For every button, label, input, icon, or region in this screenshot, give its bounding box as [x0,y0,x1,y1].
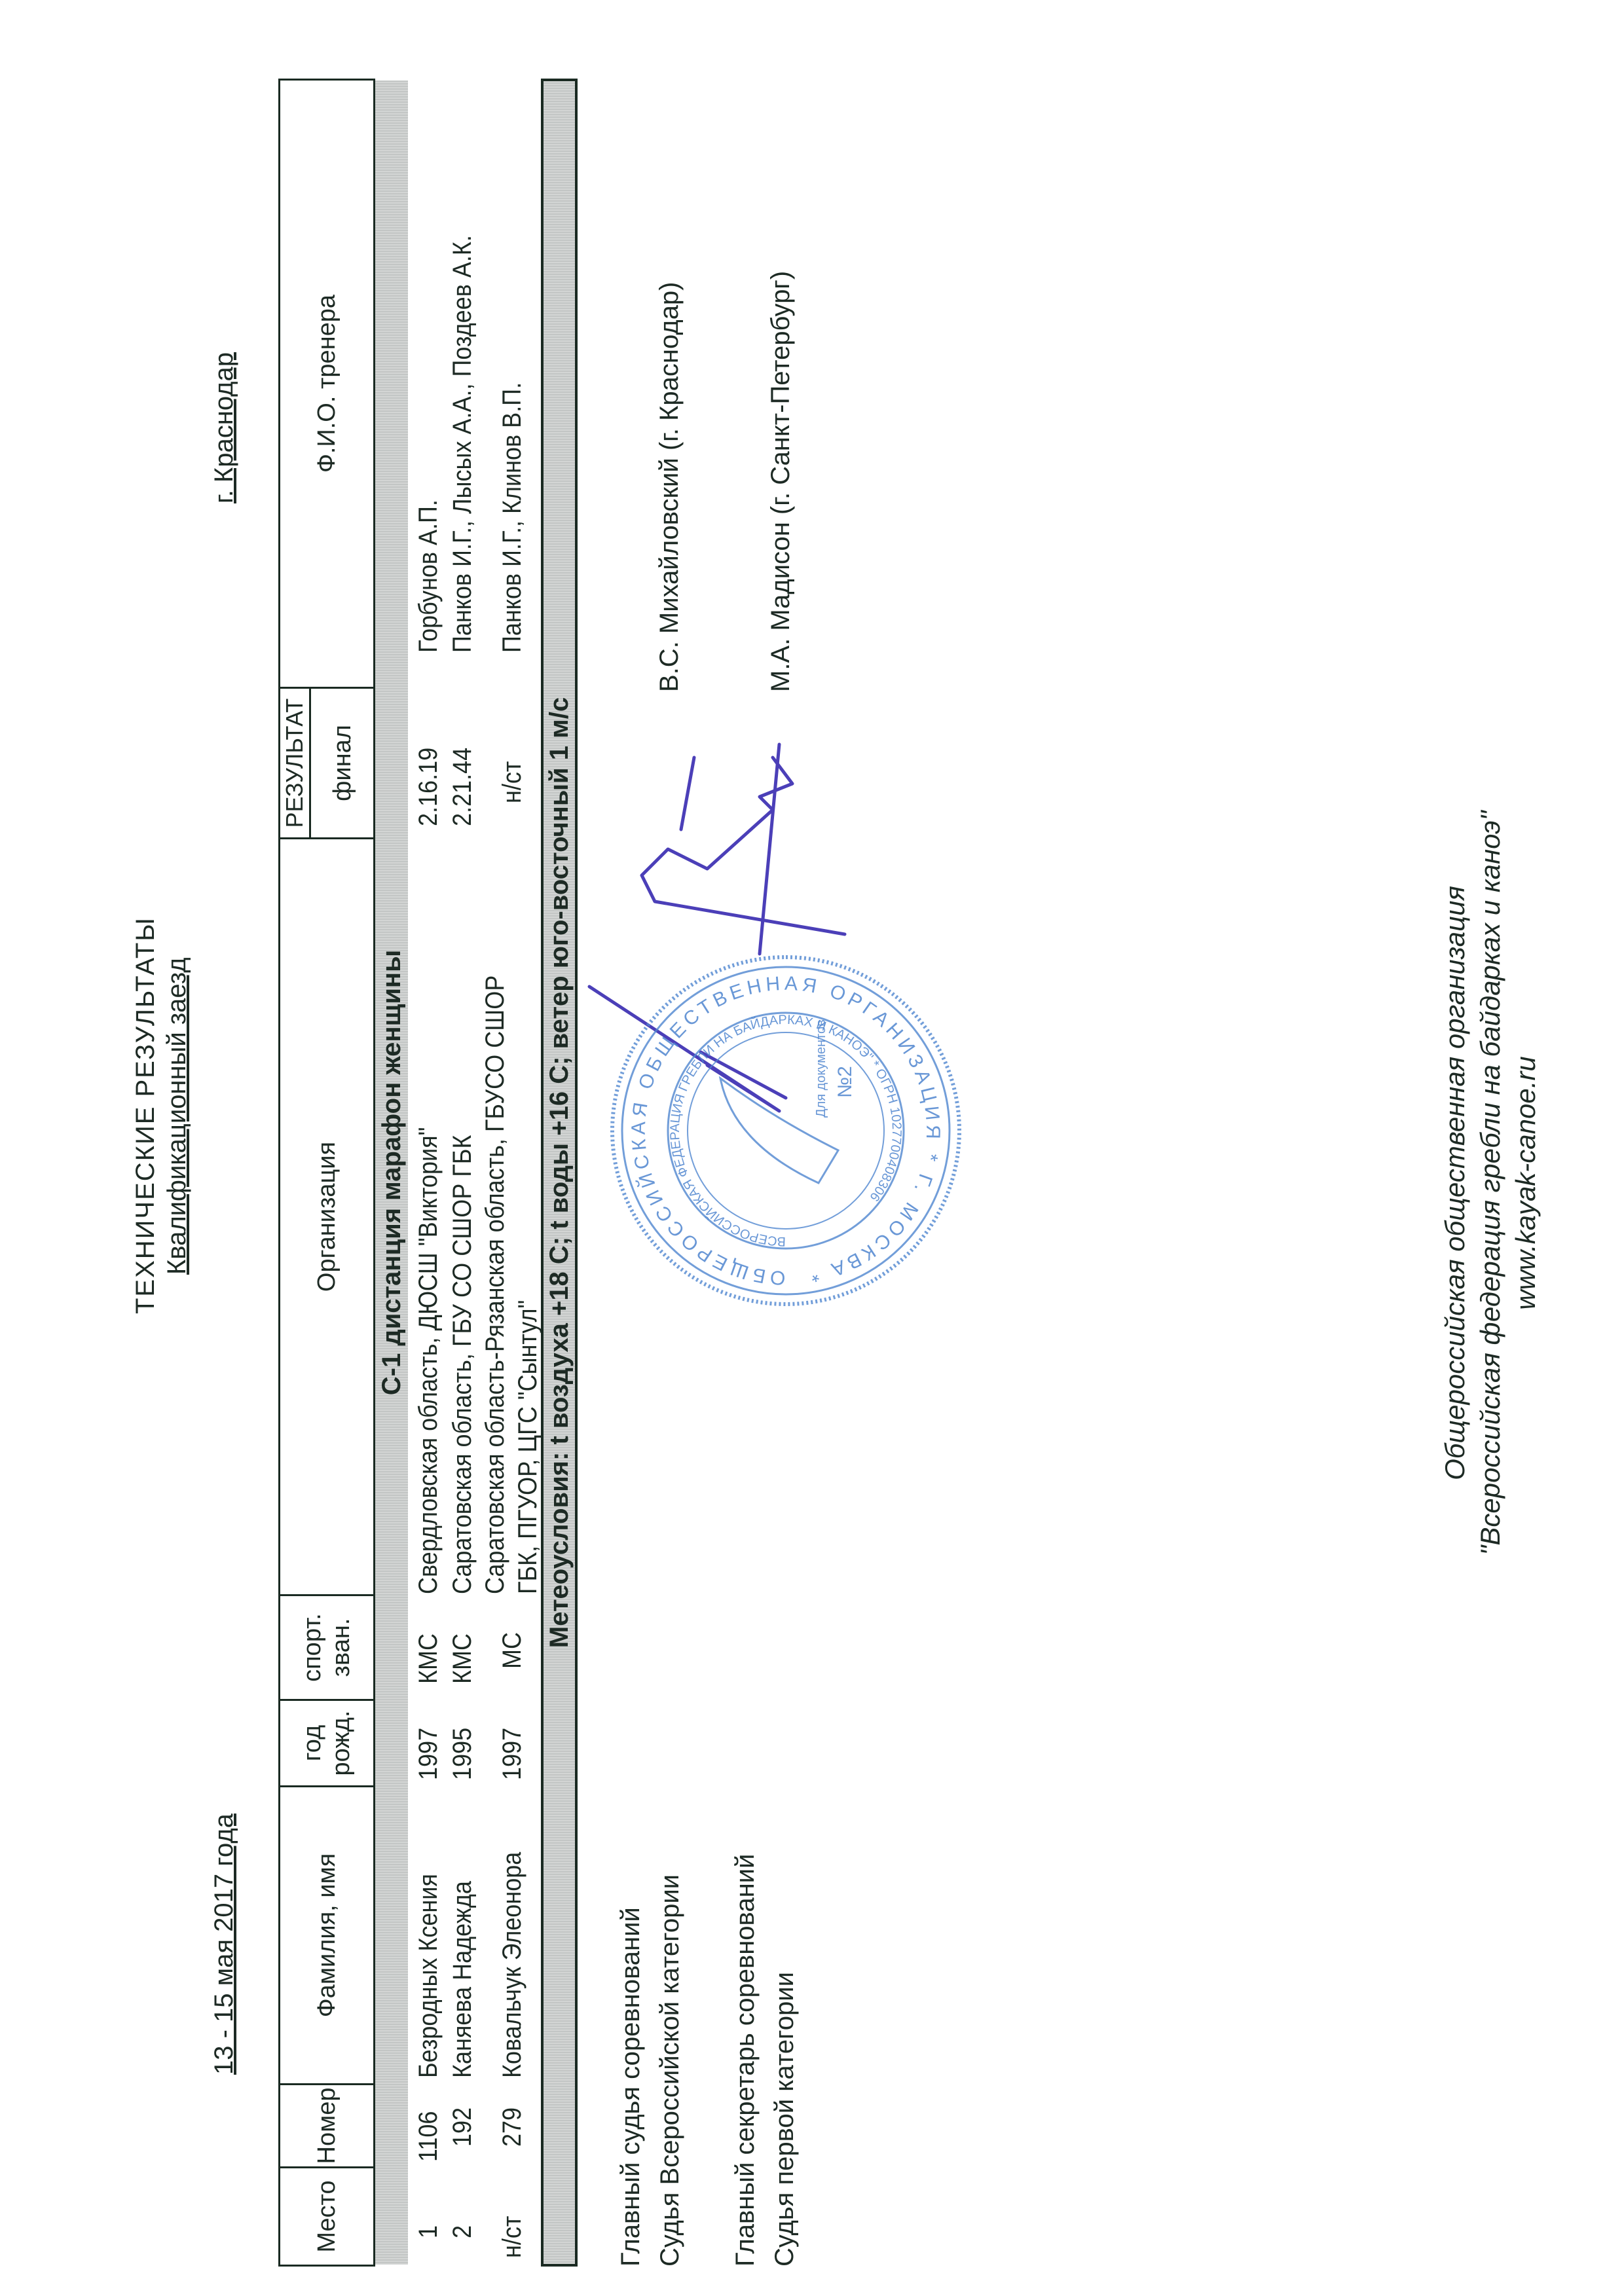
row-organization-line2: ГБК, ПГУОР, ЦГС "Сынтул" [511,1300,545,1594]
row-rank: МС [495,1632,529,1669]
chief-secretary-category: Судья первой категории [766,1972,803,2267]
row-year: 1997 [411,1728,445,1780]
row-number: 1106 [411,2111,445,2162]
row-rank: КМС [445,1633,479,1684]
chief-judge-category: Судья Всероссийской категории [652,1874,688,2267]
competition-dates: 13 - 15 мая 2017 года [210,1813,239,2075]
results-sheet: ТЕХНИЧЕСКИЕ РЕЗУЛЬТАТЫ Квалификационный … [0,0,1624,2296]
row-final-time: н/ст [495,761,529,803]
footer-website: www.kayak-canoe.ru [1508,757,1543,1609]
row-coach: Панков И.Г., Клинов В.П. [495,382,529,653]
column-header-sport-rank-line1: спорт. [298,1613,327,1682]
column-header-sport-rank-line2: зван. [327,1618,356,1677]
column-header-coach: Ф.И.О. тренера [278,79,375,689]
column-header-sport-rank: спорт. зван. [278,1594,375,1701]
column-header-place: Место [278,2166,375,2267]
document-title: ТЕХНИЧЕСКИЕ РЕЗУЛЬТАТЫ [131,917,160,1314]
stamp-ring-text: ВСЕРОССИЙСКАЯ ФЕДЕРАЦИЯ ГРЕБЛИ НА БАЙДАР… [668,1013,904,1248]
row-organization: Саратовская область, ГБУ СО СШОР ГБК [445,1135,479,1594]
column-header-birth-year-line2: рожд. [327,1711,356,1776]
category-band: С-1 дистанция марафон женщины [375,81,408,2265]
column-header-final-label: финал [328,725,357,801]
row-final-time: 2.21.44 [445,748,479,826]
column-header-result-label: РЕЗУЛЬТАТ [280,699,309,828]
stamp-center-text: Для документов [814,1019,828,1118]
row-final-time: 2.16.19 [411,748,445,826]
column-header-result: РЕЗУЛЬТАТ [278,687,311,839]
category-title: С-1 дистанция марафон женщины [377,950,407,1396]
row-coach: Панков И.Г., Лысых А.А., Поздеев А.К. [445,235,479,653]
row-name: Ковальчук Элеонора [495,1852,529,2078]
column-header-birth-year: год рожд. [278,1699,375,1787]
row-place: 2 [445,2225,479,2238]
row-place: н/ст [495,2216,529,2258]
footer-organization-name: "Всероссийская федерация гребли на байда… [1473,757,1508,1609]
row-year: 1995 [445,1728,479,1780]
column-header-number: Номер [278,2083,375,2168]
row-name: Каняева Надежда [445,1881,479,2078]
document-subtitle: Квалификационный заезд [162,957,192,1275]
row-coach: Горбунов А.П. [411,500,445,653]
row-organization: Свердловская область, ДЮСШ "Виктория" [411,1127,445,1594]
row-number: 279 [495,2107,529,2147]
row-number: 192 [445,2107,479,2147]
chief-secretary-role: Главный секретарь соревнований [727,1854,764,2267]
row-organization: Саратовская область-Рязанская область, Г… [478,975,512,1594]
column-header-name: Фамилия, имя [278,1785,375,2085]
official-stamp: ОБЩЕРОССИЙСКАЯ ОБЩЕСТВЕННАЯ ОРГАНИЗАЦИЯ … [602,947,969,1314]
column-header-place-label: Место [312,2180,341,2252]
column-header-organization: Организация [278,837,375,1596]
weather-band: Метеоусловия: t воздуха +18 С; t воды +1… [544,81,575,2264]
competition-city: г. Краснодар [210,352,239,503]
row-name: Безродных Ксения [411,1874,445,2078]
chief-judge-role: Главный судья соревнований [612,1907,649,2267]
stamp-number: №2 [834,1066,856,1098]
weather-box: Метеоусловия: t воздуха +18 С; t воды +1… [541,79,578,2267]
column-header-coach-label: Ф.И.О. тренера [312,295,341,473]
footer: Общероссийская общественная организация … [1437,757,1543,1609]
column-header-final: финал [309,687,375,839]
column-header-organization-label: Организация [312,1142,341,1292]
row-rank: КМС [411,1633,445,1684]
column-header-name-label: Фамилия, имя [312,1853,341,2017]
svg-text:ВСЕРОССИЙСКАЯ ФЕДЕРАЦИЯ ГРЕБЛИ: ВСЕРОССИЙСКАЯ ФЕДЕРАЦИЯ ГРЕБЛИ НА БАЙДАР… [668,1013,904,1248]
column-header-birth-year-line1: год [298,1725,327,1762]
row-year: 1997 [495,1728,529,1780]
footer-organization-type: Общероссийская общественная организация [1437,757,1473,1609]
row-place: 1 [411,2225,445,2238]
column-header-number-label: Номер [312,2088,341,2164]
